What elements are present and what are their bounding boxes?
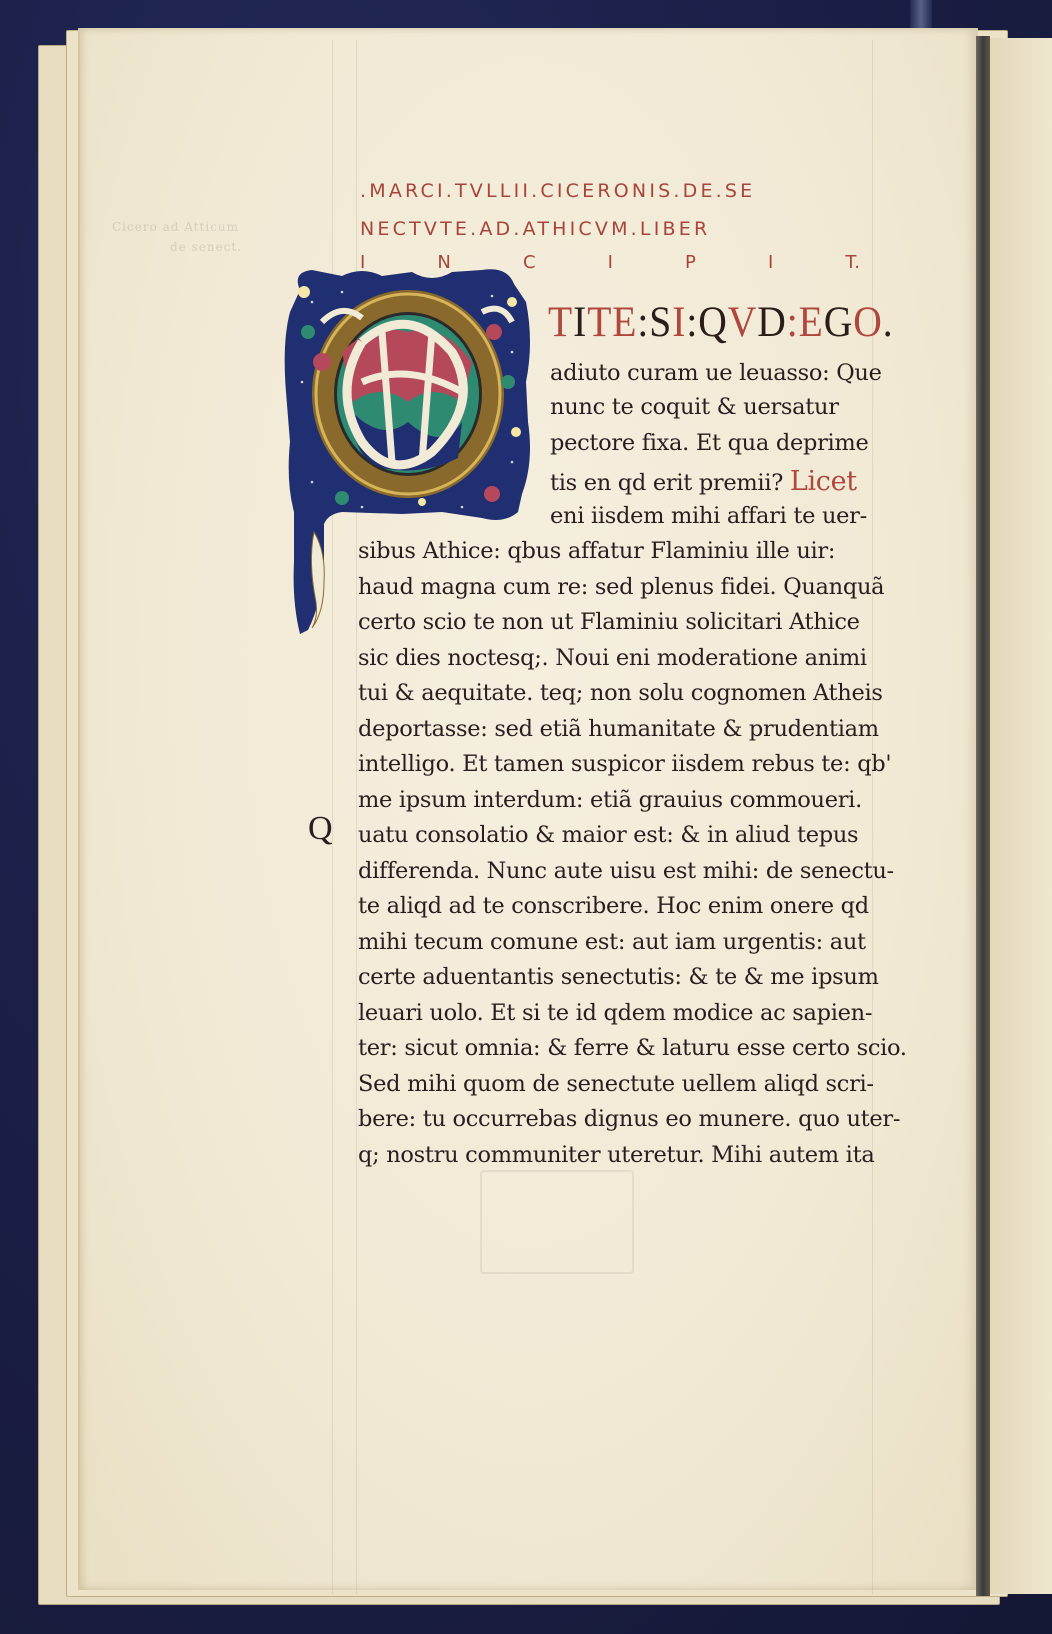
text-line: certo scio te non ut Flaminiu solicitari… [358,609,860,635]
text-line: q; nostru communiter uteretur. Mihi aute… [358,1142,874,1168]
text-line: haud magna cum re: sed plenus fidei. Qua… [358,574,884,600]
text-line: deportasse: sed etiã humanitate & pruden… [358,716,879,742]
text-line: me ipsum interdum: etiã grauius commouer… [358,787,862,813]
text-line: tui & aequitate. teq; non solu cognomen … [358,680,883,706]
text-line: te aliqd ad te conscribere. Hoc enim one… [358,893,869,919]
text-line: Sed mihi quom de senectute uellem aliqd … [358,1071,874,1097]
text-line: eni iisdem mihi affari te uer- [550,503,867,529]
incipit-letter: I [768,252,773,273]
text-line: pectore fixa. Et qua deprime [550,430,868,456]
text-line: intelligo. Et tamen suspicor iisdem rebu… [358,751,891,777]
text-line: sic dies noctesq;. Noui eni moderatione … [358,645,867,671]
text-line: certe aduentantis senectutis: & te & me … [358,964,879,990]
marginal-initial-q: Q [308,810,333,848]
incipit-letter: P [685,252,696,273]
show-through-text: Cicero ad Atticum [112,220,239,234]
text-line: differenda. Nunc aute uisu est mihi: de … [358,858,894,884]
rubric-title-line-1: .MARCI.TVLLII.CICERONIS.DE.SE [360,180,755,202]
text-line: bere: tu occurrebas dignus eo munere. qu… [358,1106,900,1132]
show-through-stamp [480,1170,634,1274]
show-through-text: de senect. [170,240,242,254]
book-gutter [976,36,990,1596]
text-line: adiuto curam ue leuasso: Que [550,360,882,386]
ruling-line-text-right [872,40,873,1594]
text-line: sibus Athice: qbus affatur Flaminiu ille… [358,538,835,564]
text-line: tis en qd erit premii? Licet [550,466,857,497]
text-line: nunc te coquit & uersatur [550,394,839,420]
text-line: uatu consolatio & maior est: & in aliud … [358,822,858,848]
opening-display-line: TITE:SI:QVD:EGO. [548,298,894,347]
red-initial-l: Licet [790,466,857,497]
rubric-title-line-2: NECTVTE.AD.ATHICVM.LIBER [360,218,710,240]
incipit-letter: T. [845,252,860,273]
text-line: mihi tecum comune est: aut iam urgentis:… [358,929,866,955]
facing-page-edge [990,38,1052,1594]
text-line: ter: sicut omnia: & ferre & laturu esse … [358,1035,907,1061]
text-line: leuari uolo. Et si te id qdem modice ac … [358,1000,872,1026]
incipit-letter: I [608,252,613,273]
